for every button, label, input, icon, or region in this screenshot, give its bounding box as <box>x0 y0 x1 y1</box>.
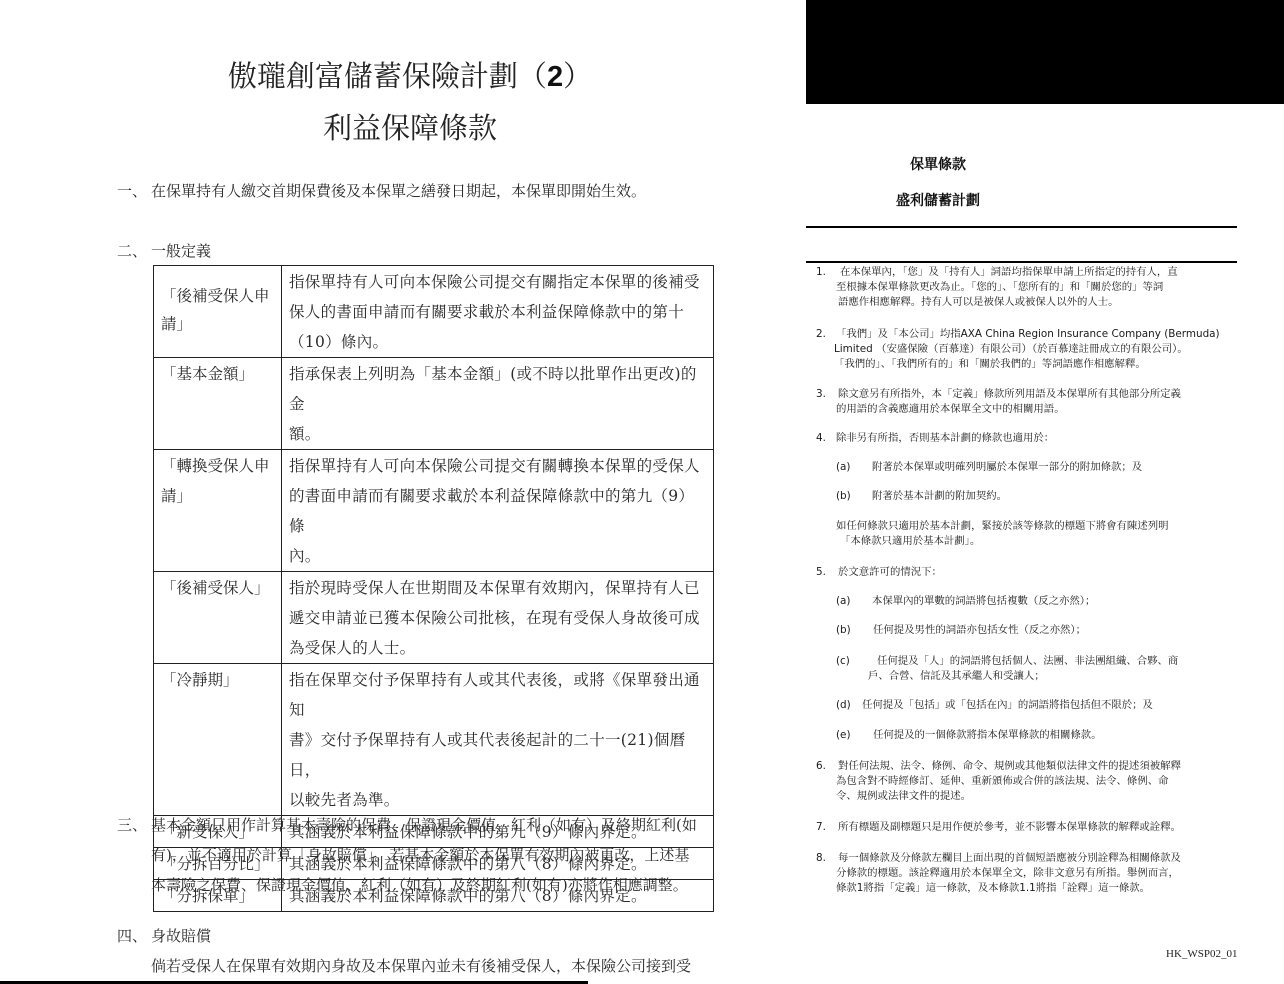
section-text: 在保單持有人繳交首期保費後及本保單之繕發日期起，本保單即開始生效。 <box>151 182 646 200</box>
clause-number: 1. <box>816 265 826 280</box>
document-subtitle: 利益保障條款 <box>0 106 820 147</box>
table-row: 「後補受保人」 指於現時受保人在世期間及本保單有效期內，保單持有人已遞交申請並已… <box>154 572 714 664</box>
term-line: 「基本金額」 <box>161 365 254 383</box>
title-paren-close: ） <box>563 59 592 93</box>
clause-number: 8. <box>816 851 826 866</box>
desc-line: 指在保單交付予保單持有人或其代表後，或將《保單發出通知 <box>289 671 700 719</box>
clause-5e: (e) 任何提及的一個條款將指本保單條款的相關條款。 <box>836 728 1236 743</box>
plan-name: 盛利儲蓄計劃 <box>896 190 980 210</box>
document-code: HK_WSP02_01 <box>1166 948 1238 960</box>
clause-line: 對任何法規、法令、條例、命令、規例或其他類似法律文件的提述須被解釋 <box>816 759 1236 774</box>
clause-line: 「本條款只適用於基本計劃」。 <box>836 534 1236 549</box>
desc-line: 以較先者為準。 <box>289 791 400 809</box>
clause-2: 2. 「我們」及「本公司」均指AXA China Region Insuranc… <box>816 327 1236 372</box>
clause-8: 8. 每一個條款及分條款左欄目上面出現的首個短語應被分別詮釋為相關條款及 分條款… <box>816 851 1236 896</box>
clause-line: 於文意許可的情況下： <box>816 565 1236 580</box>
clause-5d: (d) 任何提及「包括」或「包括在內」的詞語將指包括但不限於；及 <box>836 698 1236 713</box>
section-body: 基本金額只用作計算基本壽險的保費、保證現金價值、紅利（如有）及終期紅利(如有)，… <box>151 810 697 900</box>
clause-number: (e) <box>836 728 851 743</box>
clause-line: 語應作相應解釋。持有人可以是被保人或被保人以外的人士。 <box>816 295 1236 310</box>
desc-line: 內。 <box>289 547 321 565</box>
section-line: 有)，並不適用於計算「身故賠償」。若基本金額於本保單有效期內被更改，上述基 <box>151 846 689 864</box>
table-row: 「後補受保人申請」 指保單持有人可向本保險公司提交有關指定本保單的後補受保人的書… <box>154 266 714 358</box>
desc-line: 保人的書面申請而有關要求載於本利益保障條款中的第十 <box>289 303 684 321</box>
desc-line: 指保單持有人可向本保險公司提交有關轉換本保單的受保人 <box>289 457 700 475</box>
clause-line: 附著於本保單或明確列明屬於本保單一部分的附加條款；及 <box>836 460 1236 475</box>
clause-line: 任何提及的一個條款將指本保單條款的相關條款。 <box>836 728 1236 743</box>
clause-line: 為包含對不時經修訂、延伸、重新頒佈或合併的該法規、法令、條例、命 <box>816 774 1236 789</box>
term-line: 「轉換受保人申 <box>161 457 270 475</box>
definition-term: 「轉換受保人申請」 <box>154 450 282 572</box>
clause-4: 4. 除非另有所指，否則基本計劃的條款也適用於： <box>816 431 1236 446</box>
clause-number: (a) <box>836 460 850 475</box>
section-4-continuation: 倘若受保人在保單有效期內身故及本保單內並未有後補受保人，本保險公司接到受 <box>151 955 691 976</box>
clause-number: (a) <box>836 594 850 609</box>
desc-line: （10）條內。 <box>289 333 388 351</box>
term-line: 「冷靜期」 <box>161 671 239 689</box>
clause-line: 如任何條款只適用於基本計劃，緊接於該等條款的標題下將會有陳述列明 <box>836 519 1236 534</box>
definition-term: 「後補受保人」 <box>154 572 282 664</box>
clause-4-note: 如任何條款只適用於基本計劃，緊接於該等條款的標題下將會有陳述列明 「本條款只適用… <box>836 519 1236 549</box>
clause-line: 至根據本保單條款更改為止。「您的」、「您所有的」和「關於您的」等詞 <box>816 280 1236 295</box>
clause-number: 4. <box>816 431 826 446</box>
section-4-heading: 四、身故賠償 <box>117 925 211 946</box>
section-mark: 二、 <box>117 240 151 261</box>
clause-line: 分條款的標題。該詮釋適用於本保單全文，除非文意另有所指。舉例而言， <box>816 866 1236 881</box>
section-2-heading: 二、一般定義 <box>117 240 211 261</box>
section-mark: 四、 <box>117 925 151 946</box>
clause-line: 任何提及男性的詞語亦包括女性（反之亦然）； <box>836 623 1236 638</box>
clause-4a: (a) 附著於本保單或明確列明屬於本保單一部分的附加條款；及 <box>836 460 1236 475</box>
definition-term: 「基本金額」 <box>154 358 282 450</box>
header-rule-bottom <box>806 261 1237 263</box>
definition-desc: 指保單持有人可向本保險公司提交有關轉換本保單的受保人的書面申請而有關要求載於本利… <box>282 450 714 572</box>
clause-number: 6. <box>816 759 826 774</box>
clause-line: Limited （安盛保險（百慕達）有限公司）（於百慕達註冊成立的有限公司）。 <box>816 342 1236 357</box>
clause-line: 的用語的含義應適用於本保單全文中的相關用語。 <box>816 402 1236 417</box>
clause-line: 條款1將指「定義」這一條款，及本條款1.1將指「詮釋」這一條款。 <box>816 881 1236 896</box>
clause-5a: (a) 本保單內的單數的詞語將包括複數（反之亦然）； <box>836 594 1236 609</box>
clause-line: 除非另有所指，否則基本計劃的條款也適用於： <box>816 431 1236 446</box>
clause-line: 任何提及「人」的詞語將包括個人、法團、非法團組織、合夥、商 <box>836 654 1236 669</box>
desc-line: 的書面申請而有關要求載於本利益保障條款中的第九（9）條 <box>289 487 694 535</box>
clause-4b: (b) 附著於基本計劃的附加契約。 <box>836 489 1236 504</box>
title-text: 傲瓏創富儲蓄保險計劃 <box>228 59 518 93</box>
clause-5: 5. 於文意許可的情況下： <box>816 565 1236 580</box>
clause-number: 5. <box>816 565 826 580</box>
term-line: 「後補受保人」 <box>161 579 270 597</box>
clause-5c: (c) 任何提及「人」的詞語將包括個人、法團、非法團組織、合夥、商 戶、合營、信… <box>836 654 1236 684</box>
definition-term: 「後補受保人申請」 <box>154 266 282 358</box>
clause-number: (d) <box>836 698 851 713</box>
clause-number: (c) <box>836 654 850 669</box>
clause-line: 本保單內的單數的詞語將包括複數（反之亦然）； <box>836 594 1236 609</box>
desc-line: 指承保表上列明為「基本金額」(或不時以批單作出更改)的金 <box>289 365 697 413</box>
clause-number: (b) <box>836 489 851 504</box>
document-title: 傲瓏創富儲蓄保險計劃（2） <box>0 54 820 95</box>
section-line: 本壽險之保費、保證現金價值、紅利（如有）及終期紅利(如有)亦將作相應調整。 <box>151 876 688 894</box>
clause-line: 戶、合營、信託及其承繼人和受讓人； <box>836 669 1236 684</box>
header-rule-top <box>806 226 1237 228</box>
section-line: 基本金額只用作計算基本壽險的保費、保證現金價值、紅利（如有）及終期紅利(如 <box>151 816 697 834</box>
clause-line: 在本保單內，「您」及「持有人」詞語均指保單申請上所指定的持有人，直 <box>816 265 1236 280</box>
desc-line: 指保單持有人可向本保險公司提交有關指定本保單的後補受 <box>289 273 700 291</box>
desc-line: 指於現時受保人在世期間及本保單有效期內，保單持有人已 <box>289 579 700 597</box>
clause-line: 除文意另有所指外，本「定義」條款所列用語及本保單所有其他部分所定義 <box>816 387 1236 402</box>
desc-line: 書》交付予保單持有人或其代表後起計的二十一(21)個曆日， <box>289 731 685 779</box>
clause-3: 3. 除文意另有所指外，本「定義」條款所列用語及本保單所有其他部分所定義 的用語… <box>816 387 1236 417</box>
desc-line: 額。 <box>289 425 321 443</box>
table-row: 「基本金額」 指承保表上列明為「基本金額」(或不時以批單作出更改)的金額。 <box>154 358 714 450</box>
definition-desc: 指在保單交付予保單持有人或其代表後，或將《保單發出通知書》交付予保單持有人或其代… <box>282 664 714 816</box>
definition-desc: 指於現時受保人在世期間及本保單有效期內，保單持有人已遞交申請並已獲本保險公司批核… <box>282 572 714 664</box>
section-mark: 一、 <box>117 180 151 201</box>
section-text: 一般定義 <box>151 242 211 260</box>
desc-line: 為受保人的人士。 <box>289 639 415 657</box>
redaction-box <box>806 0 1284 104</box>
clause-line: 附著於基本計劃的附加契約。 <box>836 489 1236 504</box>
clause-line: 令、規例或法律文件的提述。 <box>816 789 1236 804</box>
term-line: 請」 <box>161 487 192 505</box>
table-row: 「轉換受保人申請」 指保單持有人可向本保險公司提交有關轉換本保單的受保人的書面申… <box>154 450 714 572</box>
section-3: 三、基本金額只用作計算基本壽險的保費、保證現金價值、紅利（如有）及終期紅利(如有… <box>117 810 697 900</box>
title-paren-open: （ <box>518 59 547 93</box>
clause-line: 任何提及「包括」或「包括在內」的詞語將指包括但不限於；及 <box>836 698 1236 713</box>
title-number: 2 <box>547 61 563 93</box>
policy-heading: 保單條款 <box>910 154 966 174</box>
desc-line: 遞交申請並已獲本保險公司批核，在現有受保人身故後可成 <box>289 609 700 627</box>
clause-line: 所有標題及副標題只是用作便於參考，並不影響本保單條款的解釋或詮釋。 <box>816 820 1236 835</box>
clause-number: (b) <box>836 623 851 638</box>
clause-line: 每一個條款及分條款左欄目上面出現的首個短語應被分別詮釋為相關條款及 <box>816 851 1236 866</box>
term-line: 請」 <box>161 315 192 333</box>
section-text: 身故賠償 <box>151 927 211 945</box>
term-line: 「後補受保人申 <box>161 287 270 305</box>
clause-line: 「我們的」、「我們所有的」和「關於我們的」等詞語應作相應解釋。 <box>816 357 1236 372</box>
clause-6: 6. 對任何法規、法令、條例、命令、規例或其他類似法律文件的提述須被解釋 為包含… <box>816 759 1236 804</box>
definition-desc: 指承保表上列明為「基本金額」(或不時以批單作出更改)的金額。 <box>282 358 714 450</box>
clause-5b: (b) 任何提及男性的詞語亦包括女性（反之亦然）； <box>836 623 1236 638</box>
clause-number: 7. <box>816 820 826 835</box>
section-mark: 三、 <box>117 810 151 840</box>
clause-line: 「我們」及「本公司」均指AXA China Region Insurance C… <box>816 327 1236 342</box>
definition-desc: 指保單持有人可向本保險公司提交有關指定本保單的後補受保人的書面申請而有關要求載於… <box>282 266 714 358</box>
clause-number: 3. <box>816 387 826 402</box>
definition-term: 「冷靜期」 <box>154 664 282 816</box>
clause-number: 2. <box>816 327 826 342</box>
clause-7: 7. 所有標題及副標題只是用作便於參考，並不影響本保單條款的解釋或詮釋。 <box>816 820 1236 835</box>
section-1: 一、在保單持有人繳交首期保費後及本保單之繕發日期起，本保單即開始生效。 <box>117 180 646 201</box>
clause-1: 1. 在本保單內，「您」及「持有人」詞語均指保單申請上所指定的持有人，直 至根據… <box>816 265 1236 310</box>
table-row: 「冷靜期」 指在保單交付予保單持有人或其代表後，或將《保單發出通知書》交付予保單… <box>154 664 714 816</box>
